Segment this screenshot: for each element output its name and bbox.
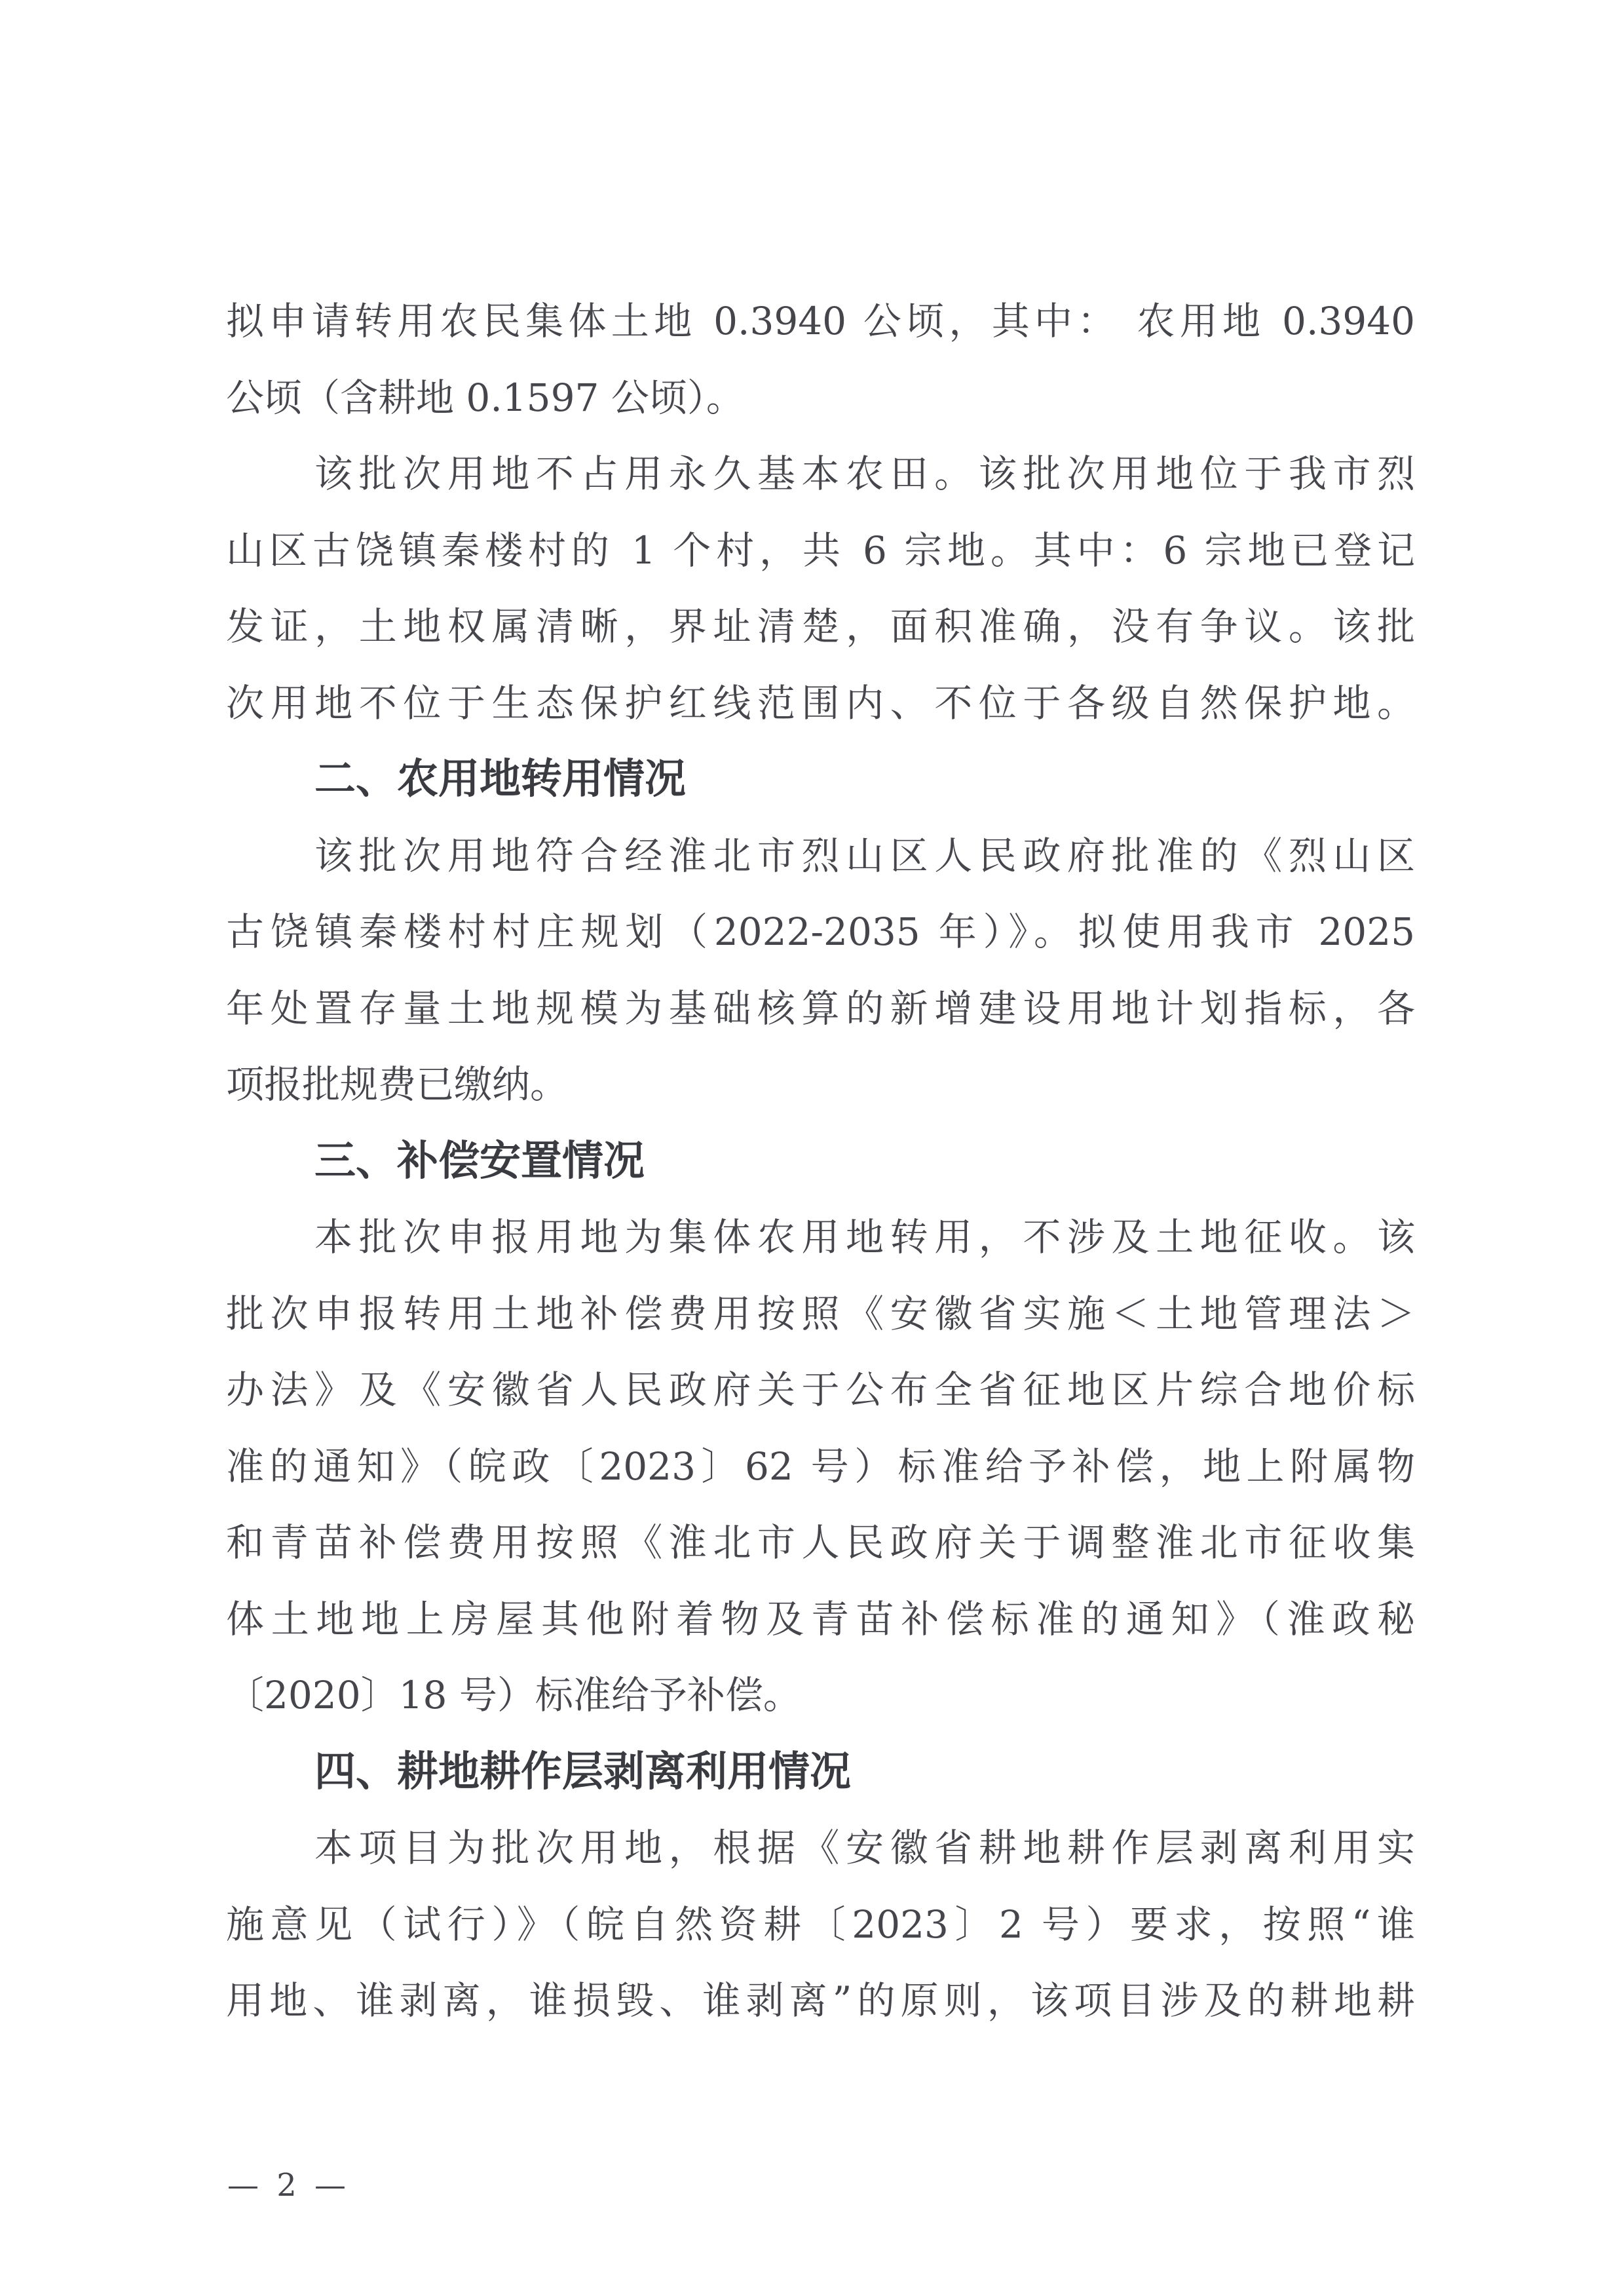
body-line: 施意见（试行）》（皖自然资耕〔2023〕2 号）要求，按照“谁 [226, 1886, 1415, 1963]
document-page: 拟申请转用农民集体土地 0.3940 公顷，其中： 农用地 0.3940 公顷（… [0, 0, 1624, 2296]
text-block: 拟申请转用农民集体土地 0.3940 公顷，其中： 农用地 0.3940 公顷（… [226, 283, 1415, 2039]
body-line: 该批次用地不占用永久基本农田。该批次用地位于我市烈 [226, 436, 1415, 512]
body-line: 体土地地上房屋其他附着物及青苗补偿标准的通知》（淮政秘 [226, 1581, 1415, 1658]
body-line: 项报批规费已缴纳。 [226, 1046, 1415, 1123]
body-line: 本批次申报用地为集体农用地转用，不涉及土地征收。该 [226, 1199, 1415, 1276]
body-line: 山区古饶镇秦楼村的 1 个村，共 6 宗地。其中：6 宗地已登记 [226, 512, 1415, 589]
body-line: 该批次用地符合经淮北市烈山区人民政府批准的《烈山区 [226, 818, 1415, 894]
section-heading: 四、耕地耕作层剥离利用情况 [226, 1734, 1415, 1810]
body-line: 发证，土地权属清晰，界址清楚，面积准确，没有争议。该批 [226, 588, 1415, 665]
section-heading: 二、农用地转用情况 [226, 741, 1415, 818]
section-heading: 三、补偿安置情况 [226, 1123, 1415, 1200]
body-line: 古饶镇秦楼村村庄规划（2022-2035 年）》。拟使用我市 2025 [226, 894, 1415, 970]
body-line: 年处置存量土地规模为基础核算的新增建设用地计划指标，各 [226, 970, 1415, 1047]
body-line: 准的通知》（皖政〔2023〕62 号）标准给予补偿，地上附属物 [226, 1428, 1415, 1505]
body-line: 公顷（含耕地 0.1597 公顷）。 [226, 360, 1415, 436]
body-line: 用地、谁剥离，谁损毁、谁剥离”的原则，该项目涉及的耕地耕 [226, 1962, 1415, 2039]
page-number: — 2 — [227, 2162, 350, 2208]
body-line: 〔2020〕18 号）标准给予补偿。 [226, 1657, 1415, 1734]
body-line: 拟申请转用农民集体土地 0.3940 公顷，其中： 农用地 0.3940 [226, 283, 1415, 360]
body-line: 批次申报转用土地补偿费用按照《安徽省实施＜土地管理法＞ [226, 1276, 1415, 1352]
body-line: 和青苗补偿费用按照《淮北市人民政府关于调整淮北市征收集 [226, 1504, 1415, 1581]
body-line: 次用地不位于生态保护红线范围内、不位于各级自然保护地。 [226, 665, 1415, 742]
body-line: 本项目为批次用地，根据《安徽省耕地耕作层剥离利用实 [226, 1810, 1415, 1886]
body-line: 办法》及《安徽省人民政府关于公布全省征地区片综合地价标 [226, 1352, 1415, 1428]
